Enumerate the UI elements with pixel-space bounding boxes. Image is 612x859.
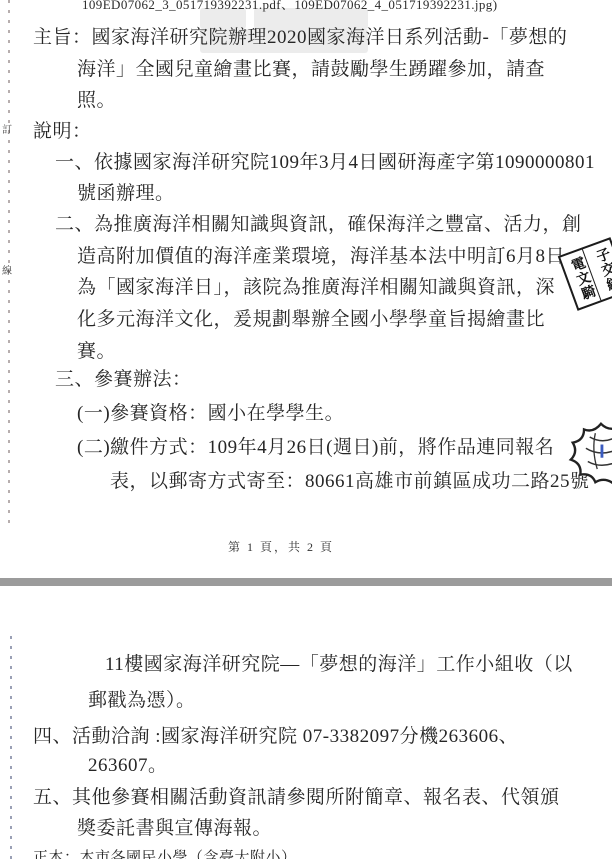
doc-line: 正本：本市各國民小學（含臺大附小） [33,849,297,859]
doc-line: 造高附加價值的海洋產業環境，海洋基本法中明訂6月8日 [77,246,565,269]
doc-line: (一)參賽資格：國小在學學生。 [77,403,344,426]
doc-line: 海洋」全國兒童繪畫比賽，請鼓勵學生踴躍參加，請查 [77,59,545,82]
doc-line: 照。 [77,90,116,113]
binding-mark-ding: 訂 [2,121,12,136]
page-separator [0,578,612,586]
electronic-exchange-stamp: 電文騎 子交縫 [558,237,612,311]
doc-line: 說明： [33,121,92,144]
doc-line: 郵戳為憑）。 [88,690,196,713]
flower-seal-icon [563,420,612,486]
doc-line: 賽。 [77,341,116,364]
binding-mark-xian: 線 [2,262,12,277]
binding-dotted-line-page2 [10,636,12,859]
doc-line: 11樓國家海洋研究院—「夢想的海洋」工作小組收（以 [105,654,573,677]
doc-line: 五、其他參賽相關活動資訊請參閱所附簡章、報名表、代領頒 [33,787,560,810]
doc-line: (二)繳件方式：109年4月26日(週日)前，將作品連同報名 [77,437,554,460]
doc-line: 主旨：國家海洋研究院辦理2020國家海洋日系列活動-「夢想的 [33,27,567,50]
doc-line: 263607。 [88,755,168,778]
document-viewer: 訂 線 109ED07062_3_051719392231.pdf、109ED0… [0,0,612,859]
attachment-filename-line: 109ED07062_3_051719392231.pdf、109ED07062… [82,0,497,13]
doc-line: 化多元海洋文化，爰規劃舉辦全國小學學童旨揭繪畫比 [77,309,545,332]
doc-line: 為「國家海洋日」，該院為推廣海洋相關知識與資訊，深 [77,277,555,300]
page-number-footer: 第 1 頁，共 2 頁 [228,538,334,555]
doc-line: 二、為推廣海洋相關知識與資訊，確保海洋之豐富、活力，創 [55,214,582,237]
doc-line: 表，以郵寄方式寄至：80661高雄市前鎮區成功二路25號 [110,471,590,494]
doc-line: 號函辦理。 [77,183,175,206]
doc-line: 三、參賽辦法： [55,369,192,392]
doc-line: 獎委託書與宣傳海報。 [77,818,272,841]
doc-line: 四、活動洽詢 :國家海洋研究院 07-3382097分機263606、 [33,726,518,749]
doc-line: 一、依據國家海洋研究院109年3月4日國研海產字第1090000801 [55,152,595,175]
